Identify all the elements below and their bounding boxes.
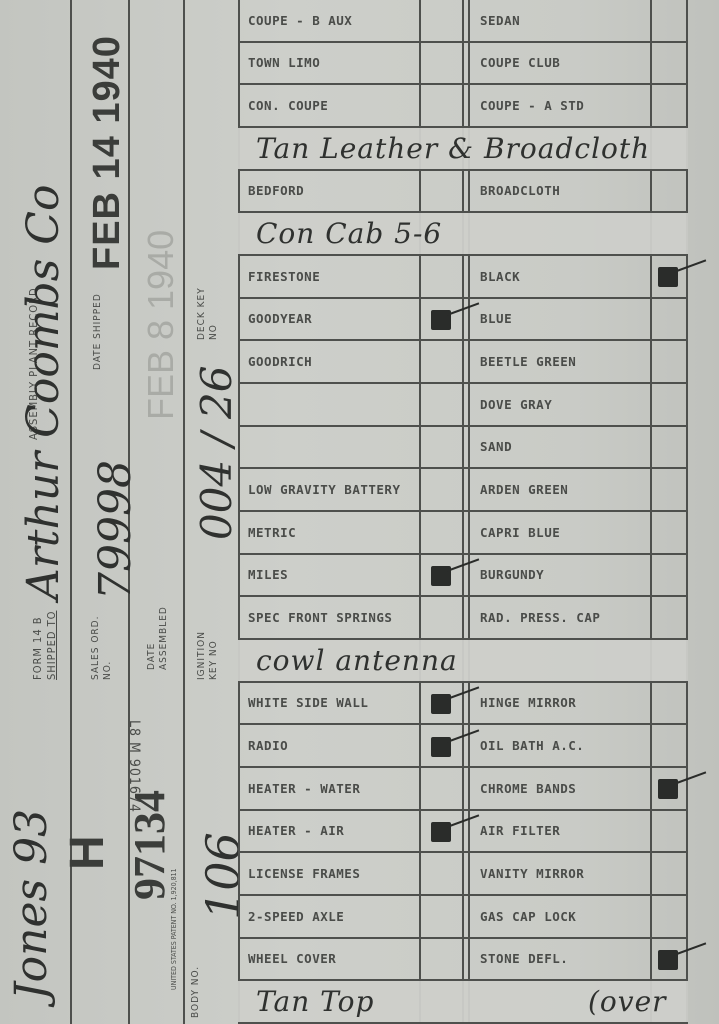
option-label-left: HEATER - AIR [248, 811, 344, 852]
option-row: SPEC FRONT SPRINGSRAD. PRESS. CAP [238, 597, 688, 640]
assembly-record-card: FORM 14 B SHIPPED TO ASSEMBLY PLANT RECO… [0, 0, 719, 1024]
option-row: WHEEL COVERSTONE DEFL. [238, 939, 688, 982]
option-label-right: BLUE [480, 299, 512, 340]
option-label-left: WHITE SIDE WALL [248, 683, 368, 724]
option-label-right: VANITY MIRROR [480, 853, 584, 894]
option-label-right: CHROME BANDS [480, 768, 576, 809]
checkmark-left-icon[interactable] [431, 310, 451, 330]
handwritten-row: Tan Leather & Broadcloth [238, 128, 688, 171]
checkmark-left-icon[interactable] [431, 566, 451, 586]
date-assembled-stamp: FEB 8 1940 [140, 230, 182, 420]
option-label-right: RAD. PRESS. CAP [480, 597, 600, 638]
option-row: LICENSE FRAMESVANITY MIRROR [238, 853, 688, 896]
deck-key-value: 004 / 26 [192, 366, 241, 540]
option-row: SAND [238, 427, 688, 470]
option-label-right: AIR FILTER [480, 811, 560, 852]
option-label-right: COUPE CLUB [480, 43, 560, 84]
option-label-right: GAS CAP LOCK [480, 896, 576, 937]
option-row: CON. COUPECOUPE - A STD [238, 85, 688, 128]
divider [183, 0, 185, 1024]
option-label-right: BURGUNDY [480, 555, 544, 596]
checkmark-right-icon[interactable] [658, 267, 678, 287]
option-row: GOODRICHBEETLE GREEN [238, 341, 688, 384]
ignition-key-label: IGNITION KEY NO [196, 610, 220, 680]
option-label-left: TOWN LIMO [248, 43, 320, 84]
checkmark-left-icon[interactable] [431, 822, 451, 842]
date-shipped-stamp: FEB 14 1940 [86, 35, 129, 270]
sales-order-value: 79998 [90, 460, 141, 600]
options-grid: COUPE - B AUXSEDANTOWN LIMOCOUPE CLUBCON… [238, 0, 688, 1024]
handwritten-note: Tan Top [256, 981, 374, 1022]
shipped-to-value: Arthur Coombs Co [18, 185, 69, 600]
option-label-right: BEETLE GREEN [480, 341, 576, 382]
option-row: BEDFORDBROADCLOTH [238, 171, 688, 214]
plant-code-stamp: H [60, 835, 115, 870]
option-label-right: COUPE - A STD [480, 85, 584, 126]
body-number-label: BODY NO. [190, 966, 202, 1018]
handwritten-row: Con Cab 5-6 [238, 213, 688, 256]
option-label-right: OIL BATH A.C. [480, 725, 584, 766]
option-row: RADIOOIL BATH A.C. [238, 725, 688, 768]
option-row: MILESBURGUNDY [238, 555, 688, 598]
option-label-left: CON. COUPE [248, 85, 328, 126]
form-number-label: FORM 14 B [32, 616, 44, 680]
shipped-to-label: SHIPPED TO [46, 611, 58, 680]
option-row: DOVE GRAY [238, 384, 688, 427]
option-label-left: 2-SPEED AXLE [248, 896, 344, 937]
option-label-left: SPEC FRONT SPRINGS [248, 597, 392, 638]
option-row: COUPE - B AUXSEDAN [238, 0, 688, 43]
option-label-left: GOODRICH [248, 341, 312, 382]
option-label-left: METRIC [248, 512, 296, 553]
option-row: METRICCAPRI BLUE [238, 512, 688, 555]
option-label-right: SAND [480, 427, 512, 468]
option-row: LOW GRAVITY BATTERYARDEN GREEN [238, 469, 688, 512]
handwritten-note-extra: (over [588, 981, 667, 1022]
option-row: TOWN LIMOCOUPE CLUB [238, 43, 688, 86]
patent-note: UNITED STATES PATENT NO. 1,920,811 [168, 868, 180, 990]
checkmark-right-icon[interactable] [658, 779, 678, 799]
option-label-left: RADIO [248, 725, 288, 766]
option-row: HEATER - WATERCHROME BANDS [238, 768, 688, 811]
handwritten-note: Con Cab 5-6 [256, 213, 442, 254]
option-label-right: CAPRI BLUE [480, 512, 560, 553]
handwritten-row: cowl antenna [238, 640, 688, 683]
divider [70, 0, 72, 1024]
option-row: FIRESTONEBLACK [238, 256, 688, 299]
option-label-right: ARDEN GREEN [480, 469, 568, 510]
option-label-left: MILES [248, 555, 288, 596]
date-shipped-label: DATE SHIPPED [92, 280, 104, 370]
checkmark-right-icon[interactable] [658, 950, 678, 970]
option-row: WHITE SIDE WALLHINGE MIRROR [238, 683, 688, 726]
handwritten-note: Tan Leather & Broadcloth [256, 128, 650, 169]
option-row: GOODYEARBLUE [238, 299, 688, 342]
option-label-left: WHEEL COVER [248, 939, 336, 980]
option-label-left: LOW GRAVITY BATTERY [248, 469, 401, 510]
option-label-right: HINGE MIRROR [480, 683, 576, 724]
option-label-left: LICENSE FRAMES [248, 853, 360, 894]
option-row: 2-SPEED AXLEGAS CAP LOCK [238, 896, 688, 939]
jones-note: Jones 93 [6, 809, 57, 1000]
handwritten-note: cowl antenna [256, 640, 458, 681]
option-label-right: STONE DEFL. [480, 939, 568, 980]
handwritten-row: Tan Top(over [238, 981, 688, 1024]
option-label-left: FIRESTONE [248, 256, 320, 297]
option-label-right: BLACK [480, 256, 520, 297]
option-label-left: BEDFORD [248, 171, 304, 212]
checkmark-left-icon[interactable] [431, 694, 451, 714]
option-label-left: HEATER - WATER [248, 768, 360, 809]
option-label-left: COUPE - B AUX [248, 0, 352, 41]
sales-order-label: SALES ORD. NO. [90, 600, 114, 680]
option-label-right: BROADCLOTH [480, 171, 560, 212]
option-row: HEATER - AIRAIR FILTER [238, 811, 688, 854]
date-assembled-label: DATE ASSEMBLED [146, 580, 170, 670]
option-label-right: DOVE GRAY [480, 384, 552, 425]
deck-key-label: DECK KEY NO [196, 280, 220, 340]
option-label-left: GOODYEAR [248, 299, 312, 340]
option-label-right: SEDAN [480, 0, 520, 41]
checkmark-left-icon[interactable] [431, 737, 451, 757]
